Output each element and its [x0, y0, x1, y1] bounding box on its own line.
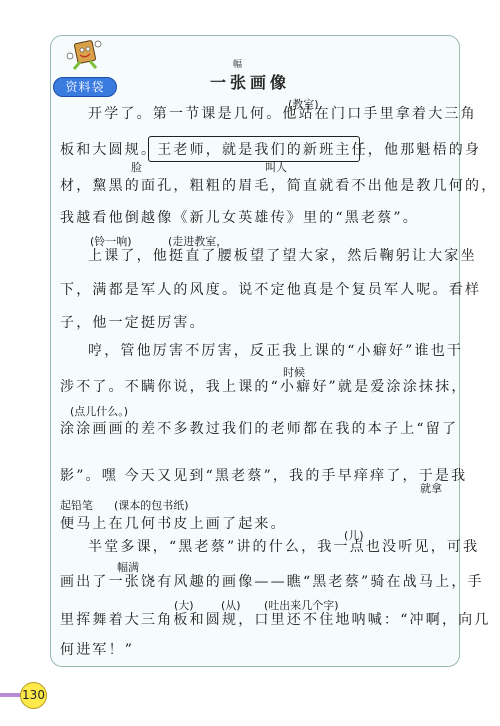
text-line: 便马上在几何书皮上画了起来。: [60, 514, 450, 534]
text-line: 何进军！”: [60, 640, 450, 660]
handwritten-annotation: (儿): [344, 527, 364, 543]
text-line: 哼，管他厉害不厉害，反正我上课的“小癖好”谁也干: [60, 341, 450, 361]
handwritten-annotation: (教室): [288, 96, 319, 112]
correction-box: [148, 136, 360, 162]
text-line: 上课了，他挺直了腰板望了望大家，然后鞠躬让大家坐: [60, 246, 450, 266]
reference-badge: 资料袋: [53, 77, 117, 97]
handwritten-annotation: (从): [221, 597, 241, 613]
handwritten-annotation: 时候: [283, 364, 305, 380]
handwritten-annotation: 脸: [131, 159, 142, 175]
text-line: 我越看他倒越像《新儿女英雄传》里的“黑老蔡”。: [60, 208, 450, 228]
handwritten-annotation: (吐出来几个字): [264, 597, 339, 613]
text-line: 下，满都是军人的风度。说不定他真是个复员军人呢。看样: [60, 280, 450, 300]
handwritten-annotation: (大): [174, 597, 194, 613]
handwritten-annotation: 就拿: [420, 480, 442, 496]
handwritten-annotation: (铃一响): [90, 233, 132, 249]
handwritten-annotation: 幅满: [117, 559, 139, 575]
page-number: 130: [20, 682, 47, 709]
title-correction: 幅: [233, 57, 242, 70]
text-line: 影”。嘿 今天又见到“黑老蔡”，我的手早痒痒了，于是我: [60, 466, 450, 486]
text-line: 涂涂画画的差不多教过我们的老师都在我的本子上“留了: [60, 419, 450, 439]
handwritten-annotation: (走进教室，: [168, 233, 227, 249]
text-line: 材，黧黑的面孔，粗粗的眉毛，简直就看不出他是教几何的，: [60, 176, 450, 196]
bag-mascot-icon: [62, 38, 106, 72]
page-tab-bar: [0, 693, 22, 697]
handwritten-annotation: (点儿什么。): [70, 403, 128, 419]
text-line: 画出了一张饶有风趣的画像——瞧“黑老蔡”骑在战马上，手: [60, 572, 450, 592]
text-line: 半堂多课，“黑老蔡”讲的什么，我一点也没听见，可我: [60, 537, 450, 557]
page-title: 一张画像: [210, 70, 290, 93]
text-line: 子，他一定挺厉害。: [60, 313, 450, 333]
handwritten-annotation: 起铅笔: [60, 497, 93, 513]
text-line: 开学了。第一节课是几何。他站在门口手里拿着大三角: [60, 104, 450, 124]
handwritten-annotation: (课本的包书纸): [114, 497, 189, 513]
text-line: 涉不了。不瞒你说，我上课的“小癖好”就是爱涂涂抹抹，: [60, 377, 450, 397]
text-line: 里挥舞着大三角板和圆规，口里还不住地呐喊：“冲啊，向几: [60, 610, 450, 630]
